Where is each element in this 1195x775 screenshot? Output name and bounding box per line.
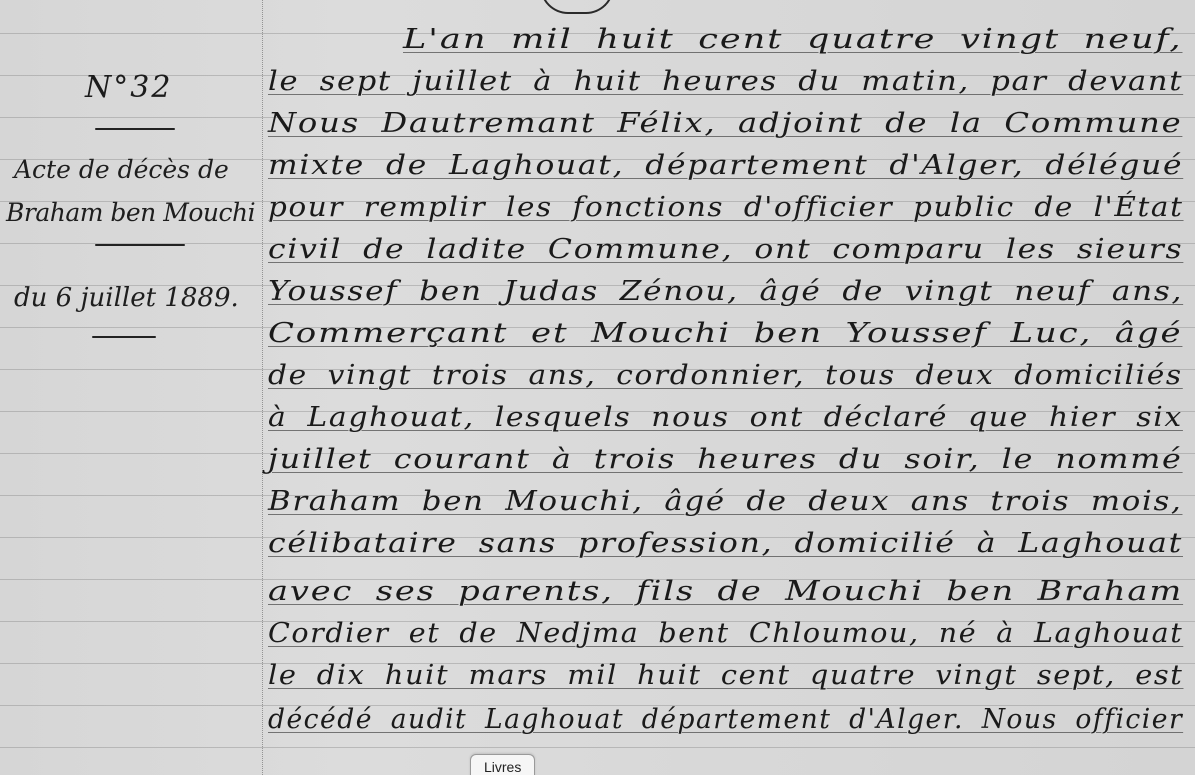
margin-column: N°32 Acte de décès de Braham ben Mouchi … — [0, 0, 262, 775]
body-line: le sept juillet à huit heures du matin, … — [268, 66, 1183, 97]
flourish-decoration — [540, 0, 614, 14]
body-line: Cordier et de Nedjma bent Chloumou, né à… — [268, 618, 1183, 649]
body-line: mixte de Laghouat, département d'Alger, … — [268, 150, 1183, 181]
document-page: N°32 Acte de décès de Braham ben Mouchi … — [0, 0, 1195, 775]
body-line: Commerçant et Mouchi ben Youssef Luc, âg… — [268, 318, 1182, 349]
body-line: Youssef ben Judas Zénou, âgé de vingt ne… — [268, 276, 1183, 307]
body-line: le dix huit mars mil huit cent quatre vi… — [268, 660, 1183, 691]
body-line: célibataire sans profession, domicilié à… — [268, 528, 1183, 559]
body-line: Braham ben Mouchi, âgé de deux ans trois… — [268, 486, 1182, 517]
record-date: du 6 juillet 1889. — [14, 283, 239, 313]
body-line: décédé audit Laghouat département d'Alge… — [268, 704, 1183, 735]
body-line: L'an mil huit cent quatre vingt neuf, — [403, 24, 1182, 55]
body-line: juillet courant à trois heures du soir, … — [268, 444, 1183, 475]
divider — [95, 128, 175, 130]
record-number: N°32 — [85, 70, 172, 105]
record-title-line2: Braham ben Mouchi — [6, 198, 255, 227]
divider — [92, 336, 156, 338]
body-line: avec ses parents, fils de Mouchi ben Bra… — [268, 576, 1183, 607]
body-line: à Laghouat, lesquels nous ont déclaré qu… — [268, 402, 1183, 433]
body-line: civil de ladite Commune, ont comparu les… — [268, 234, 1183, 265]
body-line: de vingt trois ans, cordonnier, tous deu… — [268, 360, 1183, 391]
margin-rule — [262, 0, 263, 775]
body-line: Nous Dautremant Félix, adjoint de la Com… — [268, 108, 1182, 139]
livres-tab-button[interactable]: Livres — [470, 754, 535, 775]
body-line: pour remplir les fonctions d'officier pu… — [268, 192, 1184, 223]
divider — [95, 244, 185, 246]
record-title-line1: Acte de décès de — [14, 155, 229, 184]
